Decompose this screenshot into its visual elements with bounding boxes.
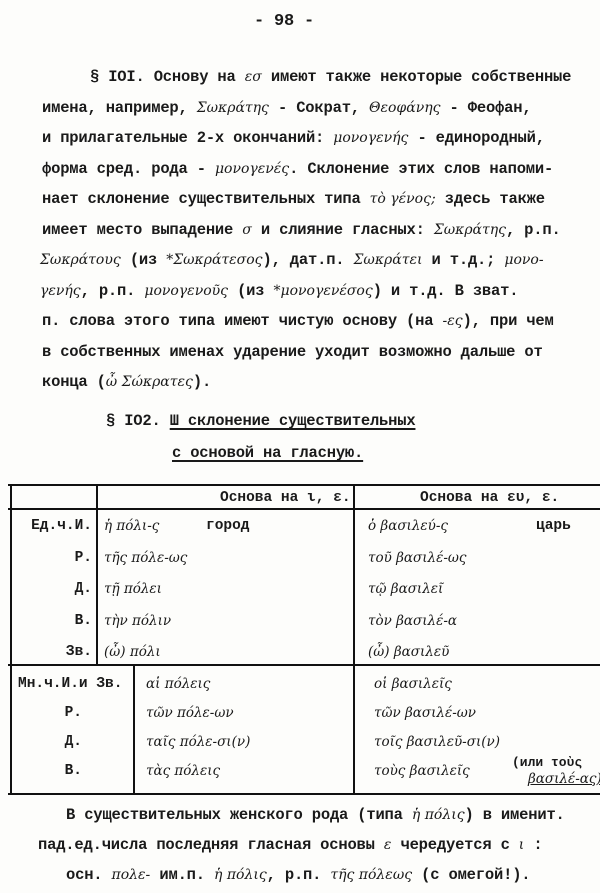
russian-text: (из — [121, 251, 167, 269]
russian-text: и т.д.; — [422, 251, 504, 269]
section-101-line: Σωκράτους (из *Σωκράτεσος), дат.п. Σωκρά… — [40, 251, 544, 269]
section-101-line: в собственных именах ударение уходит воз… — [42, 343, 543, 361]
case-label: Ед.ч.И. — [31, 518, 92, 534]
russian-text: нает склонение существительных типа — [42, 190, 370, 208]
greek-text: εσ — [245, 69, 262, 85]
greek-text: Σωκράτης — [434, 222, 506, 238]
section-101-line: конца (ὦ Σώκρατες). — [42, 373, 211, 391]
russian-text: ). — [193, 373, 211, 391]
russian-text: в собственных именах ударение уходит воз… — [42, 343, 543, 361]
section-102-heading-line2: с основой на гласную. — [172, 444, 363, 462]
case-label: Мн.ч.И.и Зв. — [18, 676, 122, 692]
russian-text: . Склонение этих слов напоми- — [289, 160, 553, 178]
greek-text: μονογενές — [215, 161, 289, 177]
russian-text: ) в именит. — [465, 806, 565, 824]
greek-text: τὸ γένος; — [370, 191, 436, 207]
basileus-form: (ὦ) βασιλεῦ — [368, 644, 449, 661]
greek-text: πολε- — [112, 867, 151, 883]
basileus-form: τοῖς βασιλεῦ-σι(ν) — [374, 734, 500, 751]
greek-text: ἡ πόλις — [214, 867, 267, 883]
header-stem-eu-epsilon: Основа на ευ, ε. — [420, 490, 559, 506]
russian-text: и прилагательные 2-х окончаний: — [42, 129, 333, 147]
greek-text: μονογενοῦς — [144, 283, 228, 299]
case-label: Д. — [75, 581, 92, 597]
closing-line: осн. πολε- им.п. ἡ πόλις, р.п. τῆς πόλεω… — [66, 866, 530, 884]
document-page: - 98 - § IOI. Основу на εσ имеют также н… — [0, 0, 600, 893]
basileus-gloss: царь — [536, 518, 571, 534]
polis-form: τὰς πόλεις — [146, 763, 220, 780]
russian-text: имеют также некоторые собственные — [262, 68, 571, 86]
greek-text: μονο- — [504, 252, 543, 268]
section-102-title-line2: с основой на гласную. — [172, 444, 363, 462]
case-label: Д. — [65, 734, 82, 750]
russian-text: чередуется с — [391, 836, 518, 854]
basileus-alt-note: (или τοὺς — [512, 755, 582, 770]
russian-text: ), дат.п. — [263, 251, 354, 269]
section-102-heading: § IO2. Ш склонение существительных — [106, 412, 415, 430]
case-label: Р. — [65, 705, 82, 721]
case-label: В. — [75, 613, 92, 629]
basileus-form: τῶν βασιλέ-ων — [374, 705, 476, 722]
polis-form: τῇ πόλει — [104, 581, 162, 598]
greek-text: Σωκράτης — [197, 100, 269, 116]
polis-form: τῶν πόλε-ων — [146, 705, 234, 722]
basileus-form: τοῦ βασιλέ-ως — [368, 550, 466, 567]
case-label: Р. — [75, 550, 92, 566]
case-label: В. — [65, 763, 82, 779]
section-101-line: имена, например, Σωκράτης - Сократ, Θεοφ… — [42, 99, 531, 117]
case-label: Зв. — [66, 644, 92, 660]
russian-text: имена, например, — [42, 99, 197, 117]
polis-form: τῆς πόλε-ως — [104, 550, 187, 567]
russian-text: ) и т.д. В зват. — [373, 282, 519, 300]
section-101-line: форма сред. рода - μονογενές. Склонение … — [42, 160, 553, 178]
greek-text: γενής — [40, 283, 81, 299]
russian-text: В существительных женского рода (типа — [66, 806, 412, 824]
table-bottom-rule — [8, 793, 600, 795]
table-left-border — [10, 484, 12, 795]
russian-text: : — [524, 836, 542, 854]
greek-text: Σωκράτει — [354, 252, 423, 268]
basileus-form: τοὺς βασιλεῖς — [374, 763, 470, 780]
polis-form: (ὦ) πόλι — [104, 644, 161, 661]
greek-text: τῆς πόλεως — [330, 867, 412, 883]
russian-text: имеет место выпадение — [42, 221, 242, 239]
russian-text: , р.п. — [506, 221, 561, 239]
russian-text: им.п. — [150, 866, 214, 884]
basileus-form: τὸν βασιλέ-α — [368, 613, 457, 630]
basileus-form: ὁ βασιλεύ-ς — [368, 518, 448, 535]
greek-text: Θεοφάνης — [369, 100, 440, 116]
russian-text: п. слова этого типа имеют чистую основу … — [42, 312, 442, 330]
greek-text: σ — [242, 222, 252, 238]
russian-text: , р.п. — [267, 866, 331, 884]
russian-text: (с омегой!). — [412, 866, 530, 884]
section-102-title-line1: Ш склонение существительных — [170, 412, 416, 430]
basileus-form: τῷ βασιλεῖ — [368, 581, 443, 598]
greek-text: *Σωκράτεσος — [166, 252, 262, 268]
polis-form: ταῖς πόλε-σι(ν) — [146, 734, 250, 751]
russian-text: - единородный, — [408, 129, 545, 147]
russian-text: , р.п. — [81, 282, 145, 300]
russian-text: и слияние гласных: — [252, 221, 434, 239]
basileus-alt-note: βασιλέ-ας) — [528, 771, 600, 788]
russian-text: - Сократ, — [269, 99, 369, 117]
section-101-line: γενής, р.п. μονογενοῦς (из *μονογενέσος)… — [40, 282, 518, 300]
russian-text: форма сред. рода - — [42, 160, 215, 178]
section-101-line: нает склонение существительных типа τὸ γ… — [42, 190, 545, 208]
greek-text: Σωκράτους — [40, 252, 121, 268]
russian-text: (из — [228, 282, 274, 300]
basileus-form: οἱ βασιλεῖς — [374, 676, 452, 693]
table-case-col-divider-plural — [133, 666, 135, 794]
greek-text: ἡ πόλις — [412, 807, 465, 823]
header-stem-iota-epsilon: Основа на ι, ε. — [220, 490, 351, 506]
russian-text: § IOI. Основу на — [90, 68, 245, 86]
table-stem-col-divider — [353, 484, 355, 795]
section-102-number: § IO2. — [106, 412, 161, 430]
polis-form: ἡ πόλι-ς — [104, 518, 159, 535]
greek-text: ὦ Σώκρατες — [106, 374, 193, 390]
polis-form: αἱ πόλεις — [146, 676, 210, 693]
section-101-line: п. слова этого типа имеют чистую основу … — [42, 312, 554, 330]
polis-gloss: город — [206, 518, 250, 534]
russian-text: здесь также — [436, 190, 545, 208]
closing-line: В существительных женского рода (типа ἡ … — [66, 806, 565, 824]
table-case-col-divider-singular — [96, 484, 98, 665]
greek-text: μονογενής — [333, 130, 408, 146]
section-101-line: имеет место выпадение σ и слияние гласны… — [42, 221, 561, 239]
page-number: - 98 - — [254, 12, 314, 31]
russian-text: ), при чем — [463, 312, 554, 330]
greek-text: *μονογενέσος — [274, 283, 373, 299]
section-101-line: и прилагательные 2-х окончаний: μονογενή… — [42, 129, 545, 147]
polis-form: τὴν πόλιν — [104, 613, 171, 630]
russian-text: осн. — [66, 866, 112, 884]
greek-text: -ες — [442, 313, 462, 329]
russian-text: - Феофан, — [440, 99, 531, 117]
russian-text: конца ( — [42, 373, 106, 391]
closing-line: пад.ед.числа последняя гласная основы ε … — [38, 836, 543, 854]
russian-text: пад.ед.числа последняя гласная основы — [38, 836, 384, 854]
section-101-line: § IOI. Основу на εσ имеют также некоторы… — [90, 68, 571, 86]
